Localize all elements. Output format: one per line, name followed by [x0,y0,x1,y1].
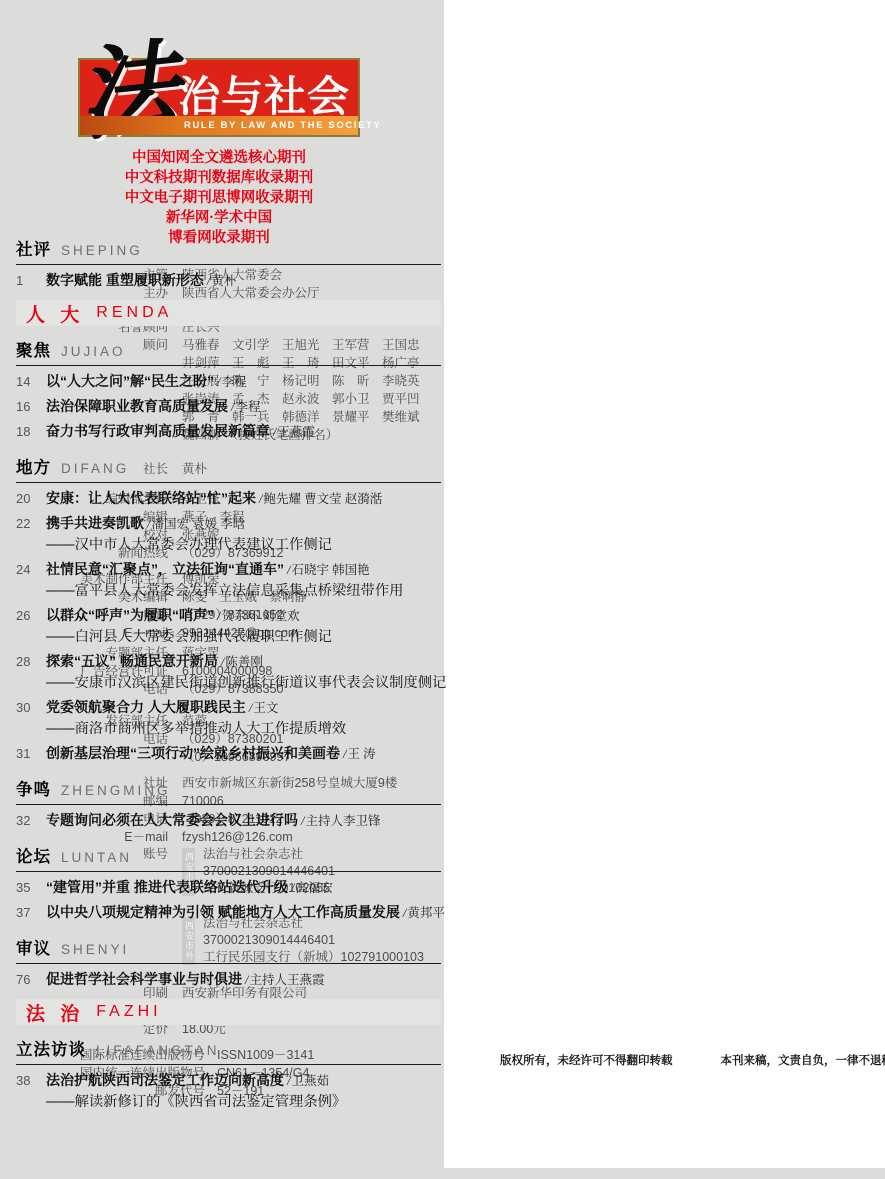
toc-author-separator: / [217,375,220,389]
toc-item-title: 专题询问必须在人大常委会会议上进行吗 [46,812,298,828]
toc-item-author: 李程 [221,375,246,389]
toc-item-title: 社情民意“汇聚点”，立法征询“直通车” [46,561,284,577]
rubric-title: 争鸣 [16,776,51,800]
toc-item-body: 数字赋能 重塑履职新形态/黄朴 [46,270,236,292]
rubric-title: 社评 [16,236,51,260]
copyright-notices: 版权所有，未经许可不得翻印转载 本刊来稿，文责自负，一律不退稿 [500,1052,885,1068]
toc-item-author: 鲍先耀 曹文莹 赵漪湉 [263,492,382,506]
toc-item-author: 贺余环 刘堂欢 [221,609,299,623]
toc-item-subtitle: ——解读新修订的《陕西省司法鉴定管理条例》 [46,1092,441,1113]
toc-page-number: 22 [16,513,46,535]
toc-item-subtitle: ——汉中市人大常委会办理代表建议工作侧记 [46,535,441,556]
rubric-pinyin: JUJIAO [61,344,126,359]
toc-item: 38法治护航陕西司法鉴定工作迈向新高度/卫燕茹 [16,1070,441,1092]
toc-item-subtitle: ——商洛市商州区多举措推动人大工作提质增效 [46,719,441,740]
toc-item-subtitle: ——白河县人大常委会加强代表履职工作侧记 [46,627,441,648]
toc-item-author: 王 涛 [347,747,375,761]
toc-item-body: 党委领航聚合力 人大履职践民主/王文 [46,697,278,719]
toc-item-title: 以“人大之问”解“民生之盼” [46,373,214,389]
toc-item: 30党委领航聚合力 人大履职践民主/王文 [16,697,441,719]
rubric-title: 论坛 [16,843,51,867]
toc-item-title: 携手共进奏凯歌 [46,515,144,531]
toc-page-number: 38 [16,1070,46,1092]
toc-item-title: “建管用”并重 推进代表联络站迭代升级 [46,879,288,895]
toc-item: 22携手共进奏凯歌/潘国宏 袁媛 李晗 [16,513,441,535]
copyright-right: 本刊来稿，文责自负，一律不退稿 [721,1052,885,1068]
toc-item-author: 潘国宏 袁媛 李晗 [151,517,245,531]
category-band-title: 人 大 [26,300,84,327]
rubric-header-shenyi: 审议SHENYI [16,935,441,964]
toc-item: 31创新基层治理“三项行动”绘就乡村振兴和美画卷/王 涛 [16,743,441,765]
toc-item: 32专题询问必须在人大常委会会议上进行吗/主持人李卫锋 [16,810,441,832]
toc-author-separator: / [343,747,346,761]
toc-item: 76促进哲学社会科学事业与时俱进/主持人王燕霞 [16,969,441,991]
toc-page-number: 18 [16,421,46,443]
toc-item-author: 王燕霞 [277,425,315,439]
toc-author-separator: / [301,814,304,828]
category-band-renda: 人 大RENDA [16,300,441,326]
toc-item-author: 高福宏 [295,881,333,895]
rubric-pinyin: ZHENGMING [61,783,171,798]
toc-page-number: 31 [16,743,46,765]
toc-author-separator: / [249,701,252,715]
rubric-header-luntan: 论坛LUNTAN [16,843,441,872]
toc-author-separator: / [259,492,262,506]
toc-page-number: 30 [16,697,46,719]
toc-author-separator: / [291,881,294,895]
toc-author-separator: / [403,906,406,920]
toc-item-body: 专题询问必须在人大常委会会议上进行吗/主持人李卫锋 [46,810,381,832]
toc-page-number: 24 [16,559,46,581]
rubric-title: 聚焦 [16,337,51,361]
rubric-title: 立法访谈 [16,1036,86,1060]
toc-author-separator: / [231,400,234,414]
toc-item-author: 黄邦平 [407,906,445,920]
toc-item-body: 以群众“呼声”为履职“哨声”/贺余环 刘堂欢 [46,605,300,627]
toc-page-number: 37 [16,902,46,924]
toc-item-title: 法治护航陕西司法鉴定工作迈向新高度 [46,1072,284,1088]
toc-page-number: 35 [16,877,46,899]
toc-item: 35“建管用”并重 推进代表联络站迭代升级/高福宏 [16,877,441,899]
rubric-pinyin: SHENYI [61,942,129,957]
toc-item-body: 社情民意“汇聚点”，立法征询“直通车”/石晓宇 韩国艳 [46,559,370,581]
toc-item-title: 以中央八项规定精神为引领 赋能地方人大工作高质量发展 [46,904,400,920]
toc-item: 16法治保障职业教育高质量发展/李程 [16,396,441,418]
table-of-contents: 社评SHEPING1数字赋能 重塑履职新形态/黄朴人 大RENDA聚焦JUJIA… [16,236,441,1113]
rubric-header-zhengming: 争鸣ZHENGMING [16,776,441,805]
toc-item: 14以“人大之问”解“民生之盼”/李程 [16,371,441,393]
toc-page-number: 16 [16,396,46,418]
rubric-header-difang: 地方DIFANG [16,454,441,483]
toc-item-author: 王文 [253,701,278,715]
rubric-title: 审议 [16,935,51,959]
toc-item-body: 法治护航陕西司法鉴定工作迈向新高度/卫燕茹 [46,1070,329,1092]
toc-author-separator: / [207,274,210,288]
toc-item-body: 奋力书写行政审判高质量发展新篇章/王燕霞 [46,421,315,443]
toc-item-body: “建管用”并重 推进代表联络站迭代升级/高福宏 [46,877,333,899]
toc-author-separator: / [273,425,276,439]
toc-item-author: 李程 [235,400,260,414]
toc-item-body: 探索“五议” 畅通民意开新局/陈善刚 [46,651,263,673]
toc-item-author: 黄朴 [211,274,236,288]
toc-item-author: 石晓宇 韩国艳 [291,563,369,577]
toc-author-separator: / [147,517,150,531]
category-band-title: 法 治 [26,999,84,1026]
toc-item-body: 安康：让人大代表联络站“忙”起来/鲍先耀 曹文莹 赵漪湉 [46,488,382,510]
toc-page-number: 20 [16,488,46,510]
category-band-pinyin: FAZHI [96,1003,161,1021]
toc-author-separator: / [217,609,220,623]
toc-author-separator: / [221,655,224,669]
rubric-pinyin: SHEPING [61,243,143,258]
toc-item: 28探索“五议” 畅通民意开新局/陈善刚 [16,651,441,673]
category-band-pinyin: RENDA [96,304,172,322]
toc-page-number: 32 [16,810,46,832]
toc-item-author: 主持人王燕霞 [249,973,324,987]
toc-item: 24社情民意“汇聚点”，立法征询“直通车”/石晓宇 韩国艳 [16,559,441,581]
toc-item-title: 以群众“呼声”为履职“哨声” [46,607,214,623]
toc-author-separator: / [287,1074,290,1088]
toc-item: 37以中央八项规定精神为引领 赋能地方人大工作高质量发展/黄邦平 [16,902,441,924]
toc-item: 26以群众“呼声”为履职“哨声”/贺余环 刘堂欢 [16,605,441,627]
toc-page-number: 76 [16,969,46,991]
toc-page-number: 28 [16,651,46,673]
rubric-title: 地方 [16,454,51,478]
copyright-left: 版权所有，未经许可不得翻印转载 [500,1052,673,1068]
toc-item-body: 创新基层治理“三项行动”绘就乡村振兴和美画卷/王 涛 [46,743,376,765]
toc-page-number: 26 [16,605,46,627]
toc-item-title: 创新基层治理“三项行动”绘就乡村振兴和美画卷 [46,745,340,761]
rubric-pinyin: DIFANG [61,461,129,476]
toc-item-author: 卫燕茹 [291,1074,329,1088]
toc-item-body: 携手共进奏凯歌/潘国宏 袁媛 李晗 [46,513,245,535]
toc-item-body: 促进哲学社会科学事业与时俱进/主持人王燕霞 [46,969,325,991]
toc-item-title: 法治保障职业教育高质量发展 [46,398,228,414]
toc-author-separator: / [287,563,290,577]
toc-item-title: 促进哲学社会科学事业与时俱进 [46,971,242,987]
toc-item-author: 主持人李卫锋 [305,814,380,828]
toc-page-number: 1 [16,270,46,292]
toc-item-body: 以中央八项规定精神为引领 赋能地方人大工作高质量发展/黄邦平 [46,902,445,924]
toc-item-title: 探索“五议” 畅通民意开新局 [46,653,218,669]
toc-author-separator: / [245,973,248,987]
toc-item-body: 以“人大之问”解“民生之盼”/李程 [46,371,247,393]
toc-panel-background [444,0,885,1168]
rubric-header-lifafangtan: 立法访谈LIFAFANGTAN [16,1036,441,1065]
toc-page-number: 14 [16,371,46,393]
toc-item: 18奋力书写行政审判高质量发展新篇章/王燕霞 [16,421,441,443]
toc-item: 20安康：让人大代表联络站“忙”起来/鲍先耀 曹文莹 赵漪湉 [16,488,441,510]
toc-item-title: 安康：让人大代表联络站“忙”起来 [46,490,256,506]
rubric-header-jujiao: 聚焦JUJIAO [16,337,441,366]
toc-item-body: 法治保障职业教育高质量发展/李程 [46,396,261,418]
rubric-pinyin: LUNTAN [61,850,132,865]
rubric-header-sheping: 社评SHEPING [16,236,441,265]
rubric-pinyin: LIFAFANGTAN [96,1043,220,1058]
toc-item: 1数字赋能 重塑履职新形态/黄朴 [16,270,441,292]
category-band-fazhi: 法 治FAZHI [16,999,441,1025]
toc-item-title: 数字赋能 重塑履职新形态 [46,272,204,288]
toc-item-subtitle: ——安康市汉滨区建民街道创新推行街道议事代表会议制度侧记 [46,673,441,694]
toc-item-author: 陈善刚 [225,655,263,669]
toc-item-title: 党委领航聚合力 人大履职践民主 [46,699,246,715]
toc-item-subtitle: ——富平县人大常委会发挥立法信息采集点桥梁纽带作用 [46,581,441,602]
toc-item-title: 奋力书写行政审判高质量发展新篇章 [46,423,270,439]
